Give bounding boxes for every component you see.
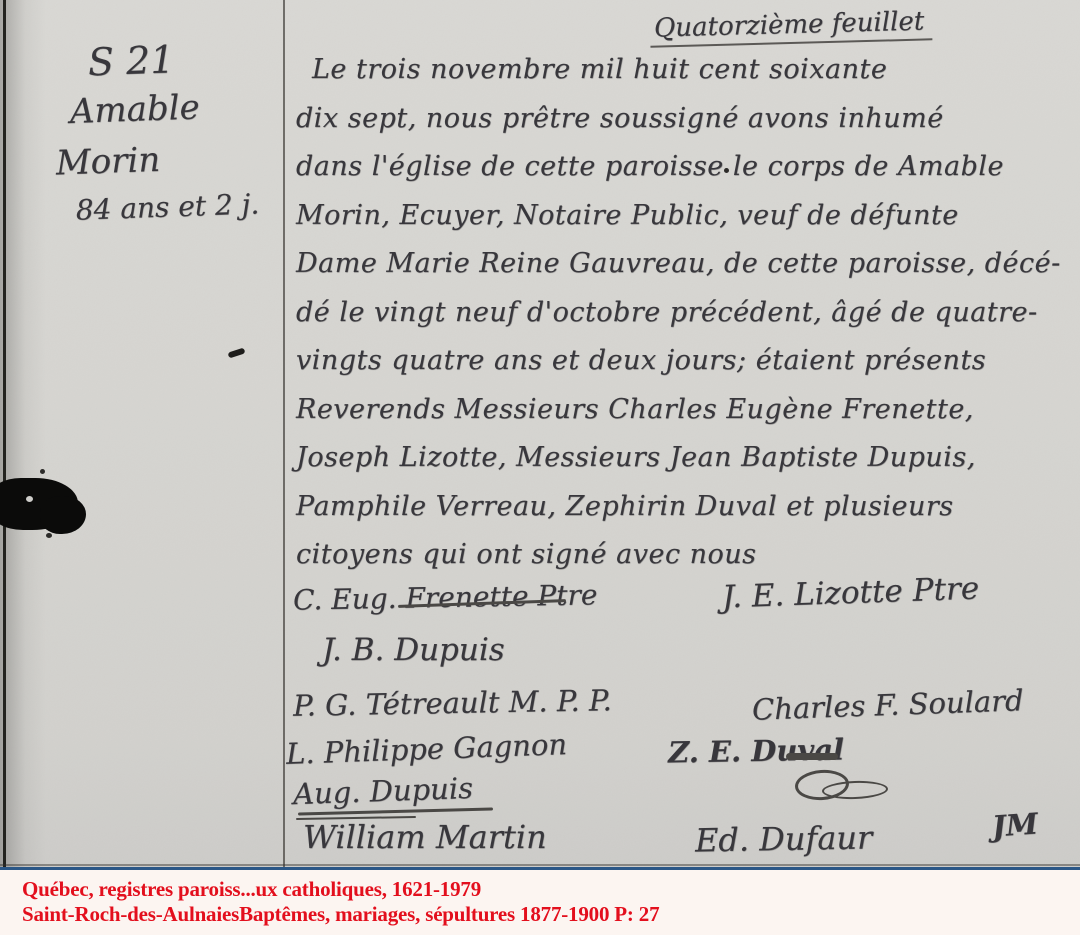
binding-shadow [0,0,46,870]
ink-dot [40,469,45,474]
act-line: dans l'église de cette paroisse le corps… [296,151,1078,200]
heavy-stroke-flourish [786,753,838,760]
folio-header: Quatorzième feuillet [650,6,933,47]
signature-lizotte: J. E. Lizotte Ptre [721,571,979,616]
act-line: dix sept, nous prêtre soussigné avons in… [296,103,1078,152]
caption-collection-title: Québec, registres paroiss...ux catholiqu… [0,870,1080,902]
margin-entry-number: S 21 [51,34,260,92]
screenshot-root: Quatorzième feuillet S 21 Amable Morin 8… [0,0,1080,935]
catalog-caption-bar: Québec, registres paroiss...ux catholiqu… [0,867,1080,935]
act-line: Morin, Ecuyer, Notaire Public, veuf de d… [296,200,1078,249]
act-line: vingts quatre ans et deux jours; étaient… [296,345,1078,394]
act-line: Pamphile Verreau, Zephirin Duval et plus… [296,491,1078,540]
signature-soulard: Charles F. Soulard [751,683,1024,726]
act-line: dé le vingt neuf d'octobre précédent, âg… [296,297,1078,346]
page-edge-line [3,0,6,870]
margin-annotation: S 21 Amable Morin 84 ans et 2 j. [52,38,260,242]
act-body: Le trois novembre mil huit cent soixante… [296,54,1078,588]
signature-aug-dupuis: Aug. Dupuis [292,771,473,811]
caption-parish-page: Saint-Roch-des-AulnaiesBaptêmes, mariage… [0,902,1080,927]
register-scan: Quatorzième feuillet S 21 Amable Morin 8… [0,0,1080,870]
act-line: Le trois novembre mil huit cent soixante [296,54,1078,103]
act-line: Dame Marie Reine Gauvreau, de cette paro… [296,248,1078,297]
signature-martin: William Martin [303,818,547,856]
signature-jb-dupuis: J. B. Dupuis [322,632,505,668]
act-line: Joseph Lizotte, Messieurs Jean Baptiste … [296,442,1078,491]
signature-tetreault: P. G. Tétreault M. P. P. [293,683,612,723]
signature-dufaur: Ed. Dufaur [695,818,873,859]
signature-frenette: C. Eug. Frenette Ptre [293,578,598,616]
act-line: Reverends Messieurs Charles Eugène Frene… [296,394,1078,443]
margin-dash-mark [227,348,245,359]
page-bottom-edge [0,864,1080,866]
signature-duval: Z. E. Duval [668,732,845,769]
ink-dot [46,533,52,538]
signature-gagnon: L. Philippe Gagnon [285,727,567,771]
margin-age: 84 ans et 2 j. [51,187,260,245]
margin-last-name: Morin [51,136,260,194]
ink-blot-speck [26,496,33,502]
signature-paraph: JM [991,806,1039,843]
ink-blot-lump [40,496,86,534]
margin-first-name: Amable [51,85,260,143]
